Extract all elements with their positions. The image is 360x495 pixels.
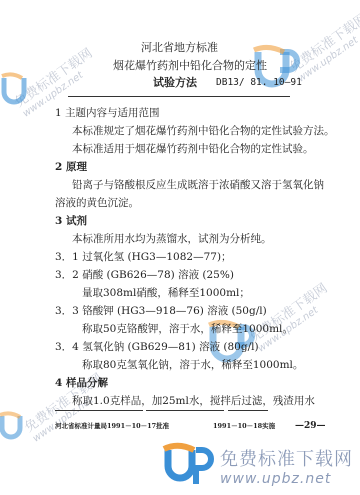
site-brand: 免费标准下载网 www.upbz.net xyxy=(220,445,353,487)
section-3-2-para: 量取308ml硝酸，稀释至1000ml； xyxy=(82,287,250,299)
approval-date: 河北省标准计量局1991－10－17批准 xyxy=(55,420,169,432)
effective-date: 1991－10－18实施 xyxy=(213,420,275,432)
section-3-4: 3．4 氢氧化钠 (GB629—81) 溶液 (80g/l) xyxy=(55,341,259,353)
footer-rule-2 xyxy=(146,410,224,411)
up-logo-icon xyxy=(0,410,35,445)
section-2-para-2: 溶液的黄色沉淀。 xyxy=(55,197,139,209)
header-divider xyxy=(68,96,290,97)
section-1-title: 1 主题内容与适用范围 xyxy=(55,107,160,119)
section-3-4-para: 称取80克氢氧化钠，溶于水，稀释至1000ml。 xyxy=(82,359,303,371)
up-logo-icon xyxy=(0,70,40,110)
section-4-para: 称取1.0克样品，加25ml水，搅拌后过滤，残渣用水 xyxy=(72,395,315,407)
section-1-para-2: 本标准适用于烟花爆竹药剂中铅化合物的定性试验。 xyxy=(72,143,314,155)
footer-rule-3 xyxy=(228,410,268,411)
section-3-3-para: 称取50克铬酸钾，溶于水，稀释至1000ml。 xyxy=(82,323,293,335)
section-3-2: 3．2 硝酸 (GB626—78) 溶液 (25%) xyxy=(55,269,234,281)
doc-title: 烟花爆竹药剂中铅化合物的定性 xyxy=(113,60,267,72)
up-logo-icon xyxy=(162,440,217,490)
doc-subtitle: 试验方法 xyxy=(153,77,197,89)
section-1-para-1: 本标准规定了烟花爆竹药剂中铅化合物的定性试验方法。 xyxy=(72,125,335,137)
page-number: —29— xyxy=(295,420,326,432)
section-4-title: 4 样品分解 xyxy=(55,377,108,389)
section-3-3: 3．3 铬酸钾 (HG3—918—76) 溶液 (50g/l) xyxy=(55,305,267,317)
standard-code: DB13/ 81. 10—91 xyxy=(216,77,302,89)
section-2-para-1: 铅离子与铬酸根反应生成既溶于浓硝酸又溶于氢氧化钠 xyxy=(72,179,324,191)
doc-header-region: 河北省地方标准 xyxy=(141,42,218,54)
document-page: 免费标准下载网 www.upbz.net 免费标准下载网 www.upbz.ne… xyxy=(0,0,360,495)
section-3-1: 3．1 过氧化氢 (HG3—1082—77)； xyxy=(55,251,232,263)
section-3-para: 本标准所用水均为蒸馏水，试剂为分析纯。 xyxy=(72,233,272,245)
footer-rule-1 xyxy=(55,410,143,411)
section-3-title: 3 试剂 xyxy=(55,215,87,227)
section-2-title: 2 原理 xyxy=(55,161,87,173)
